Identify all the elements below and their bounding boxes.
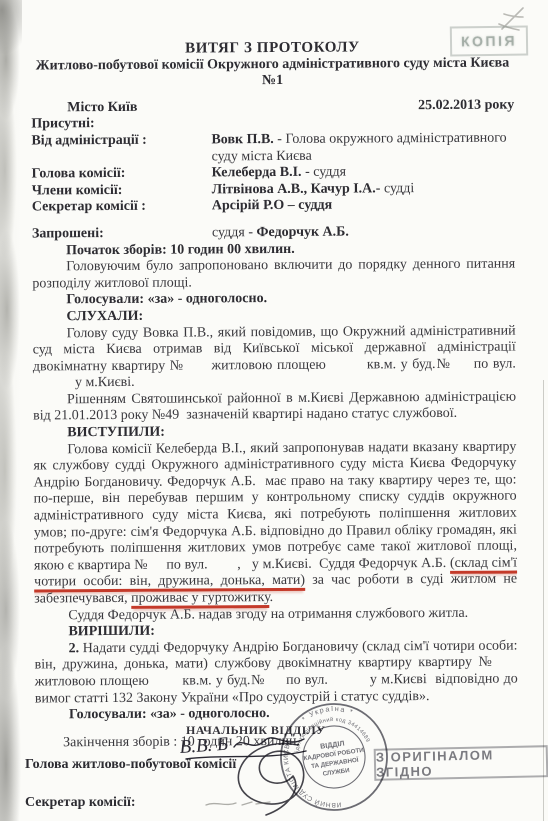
resolved-item-number: 2. bbox=[68, 641, 79, 656]
city-date-row: Місто Київ 25.02.2013 року bbox=[31, 97, 514, 117]
copy-stamp-label: КОПІЯ bbox=[461, 33, 517, 50]
certified-copy-stamp: З ОРИГІНАЛОМ ЗГІДНО bbox=[374, 745, 548, 781]
invited-label: Запрошені: bbox=[32, 225, 212, 243]
attendee-name: Літвінова А.В., Качур І.А.- bbox=[212, 181, 381, 197]
attendee-role: Голова комісії: bbox=[32, 166, 212, 184]
resolved-item-text: Надати судді Федорчуку Андрію Богданович… bbox=[35, 638, 518, 706]
document-subtitle: Житлово-побутової комісії Окружного адмі… bbox=[31, 55, 514, 75]
attendee-value: Літвінова А.В., Качур І.А.- судді bbox=[212, 180, 515, 198]
copy-stamp: КОПІЯ bbox=[450, 25, 528, 56]
heard-paragraph-2: Рішенням Святошинської районної в м.Києв… bbox=[33, 389, 516, 425]
heard-paragraph-1: Голову суду Вовка П.В., який повідомив, … bbox=[33, 323, 516, 392]
spoke-text-3: . bbox=[270, 590, 274, 605]
scan-edge-noise bbox=[0, 0, 22, 821]
city-label: Місто Київ bbox=[67, 100, 137, 117]
red-underlined-dormitory: проживає у гуртожитку bbox=[131, 590, 270, 609]
commission-secretary-label: Секретар комісії: bbox=[25, 795, 136, 811]
date-label: 25.02.2013 року bbox=[418, 97, 514, 114]
attendee-value: Келеберда В.І. - суддя bbox=[212, 164, 515, 182]
attendee-desc: судді bbox=[380, 181, 414, 196]
attendee-row-secretary: Секретар комісії : Арсірій Р.О – суддя bbox=[32, 197, 515, 217]
attendee-value: Вовк П.В. - Голова окружного адміністрат… bbox=[211, 130, 514, 165]
resolved-paragraph: 2. Надати судді Федорчуку Андрію Богдано… bbox=[34, 638, 517, 707]
attendee-role: Члени комісії: bbox=[32, 182, 212, 200]
invited-row: Запрошені: суддя - Федорчук А.Б. bbox=[32, 223, 515, 243]
invited-value: суддя - Федорчук А.Б. bbox=[212, 223, 515, 241]
invited-prefix: суддя - bbox=[212, 225, 257, 240]
stamp-center-line-4: СЛУЖБИ bbox=[322, 767, 350, 778]
spoke-paragraph-1: Голова комісії Келеберда В.І., який запр… bbox=[33, 439, 517, 608]
secretary-strokes bbox=[206, 802, 270, 805]
attendee-row-administration: Від адміністрації : Вовк П.В. - Голова о… bbox=[31, 130, 514, 166]
attendee-role: Від адміністрації : bbox=[31, 132, 211, 166]
scanned-document-page: { "colors":{"red_mark":"#c43a2a","stamp_… bbox=[0, 0, 548, 821]
secretary-mark bbox=[204, 796, 274, 810]
spoke-paragraph-2: Суддя Федорчук А.Б. надав згоду на отрим… bbox=[34, 605, 517, 625]
signature-text: В.В. Б bbox=[179, 734, 229, 758]
attendee-name: Келеберда В.І. bbox=[212, 165, 302, 181]
agenda-paragraph: Головуючим було запропоновано включити д… bbox=[32, 257, 515, 293]
invited-name: Федорчук А.Б. bbox=[256, 224, 348, 240]
attendee-desc: - суддя bbox=[302, 165, 347, 180]
attendee-name: Арсірій Р.О – суддя bbox=[212, 198, 332, 214]
commission-chair-label: Голова житлово-побутової комісії bbox=[25, 757, 236, 773]
spoke-text-1: Голова комісії Келеберда В.І., який запр… bbox=[33, 439, 517, 573]
attendee-role: Секретар комісії : bbox=[32, 199, 212, 217]
attendee-value: Арсірій Р.О – суддя bbox=[212, 197, 515, 215]
document-body: ВИТЯГ З ПРОТОКОЛУ Житлово-побутової комі… bbox=[31, 39, 518, 752]
attendee-name: Вовк П.В. bbox=[211, 132, 273, 147]
protocol-number: №1 bbox=[31, 72, 514, 92]
certified-copy-stamp-label: З ОРИГІНАЛОМ ЗГІДНО bbox=[376, 746, 547, 780]
